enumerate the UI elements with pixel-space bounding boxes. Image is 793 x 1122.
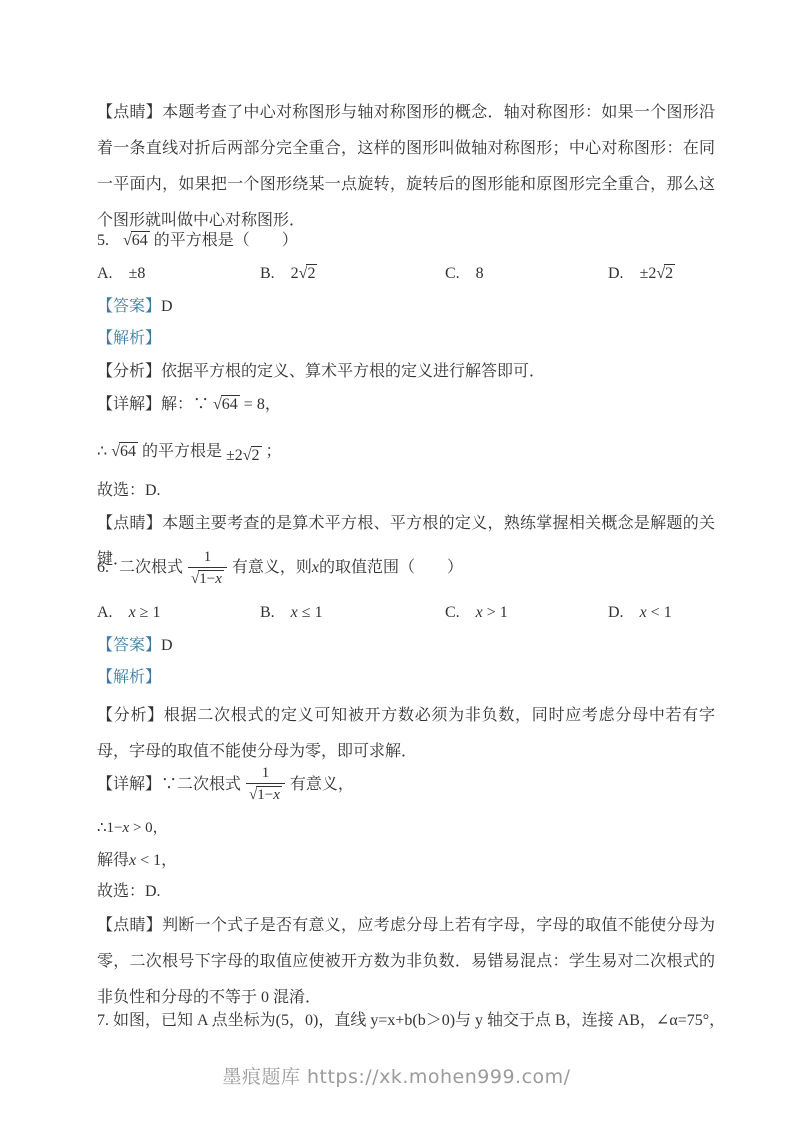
question-6-jiexi-label: 【解析】 <box>97 667 715 689</box>
option-a: A. x ≥ 1 <box>97 602 260 624</box>
radicand: 2 <box>251 446 262 464</box>
note-symmetry-concepts: 【点睛】本题考查了中心对称图形与轴对称图形的概念．轴对称图形：如果一个图形沿着一… <box>97 95 715 239</box>
question-5-choose: 故选：D. <box>97 480 715 502</box>
question-6-number: 6. <box>97 557 109 579</box>
answer-label: 【答案】 <box>97 298 161 315</box>
fraction-expression: 1 √1−x <box>246 764 285 805</box>
detail-equation: = 8， <box>244 396 281 413</box>
option-a-value: ±8 <box>129 265 146 282</box>
radicand: 1−x <box>256 786 282 803</box>
option-d-value: x < 1 <box>640 604 672 621</box>
fraction-denominator: √1−x <box>188 567 227 589</box>
radical-sign: √ <box>111 443 119 460</box>
option-b-label: B. <box>260 604 275 621</box>
radicand: 64 <box>221 395 240 413</box>
result-value: ±2√2 <box>226 446 262 464</box>
answer-value: D <box>161 298 173 315</box>
question-6-choose: 故选：D. <box>97 881 715 903</box>
option-a-label: A. <box>97 265 113 282</box>
option-d-label: D. <box>608 265 624 282</box>
option-b: B. 2√2 <box>260 263 445 285</box>
question-5-jiexi-label: 【解析】 <box>97 328 715 350</box>
option-c-value: x > 1 <box>476 604 508 621</box>
option-c-label: C. <box>445 265 460 282</box>
site-watermark-footer: 墨痕题库 https://xk.mohen999.com/ <box>0 1062 793 1089</box>
variable-x: x <box>312 557 319 579</box>
question-6-stem: 6. 二次根式 1 √1−x 有意义，则 x 的取值范围（ ） <box>97 540 715 596</box>
option-d-value: ±2√2 <box>640 264 676 282</box>
option-b: B. x ≤ 1 <box>260 602 445 624</box>
question-5-fenxi: 【分析】依据平方根的定义、算术平方根的定义进行解答即可． <box>97 361 715 383</box>
fraction-numerator: 1 <box>198 548 218 567</box>
question-6-answer-line: 【答案】D <box>97 635 715 657</box>
question-5-conclusion: ∴ √64 的平方根是 ±2√2 ； <box>97 441 715 467</box>
option-a-label: A. <box>97 604 113 621</box>
radicand: 64 <box>119 442 138 460</box>
question-6-stem-after: 的取值范围（ ） <box>319 557 463 579</box>
answer-label: 【答案】 <box>97 637 161 654</box>
option-c-label: C. <box>445 604 460 621</box>
detail-prefix: 【详解】∵二次根式 <box>97 774 241 796</box>
option-a: A. ±8 <box>97 263 260 285</box>
detail-suffix: 有意义， <box>290 774 354 796</box>
radical-sign: √ <box>123 232 131 249</box>
answer-value: D <box>161 637 173 654</box>
therefore-symbol: ∴ <box>97 443 107 460</box>
option-d: D. ±2√2 <box>608 263 715 285</box>
option-d-label: D. <box>608 604 624 621</box>
exam-answer-page: 【点睛】本题考查了中心对称图形与轴对称图形的概念．轴对称图形：如果一个图形沿着一… <box>0 0 793 1122</box>
sqrt-64-expression: √64 <box>123 231 150 249</box>
option-b-value: x ≤ 1 <box>291 604 323 621</box>
option-a-value: x ≥ 1 <box>129 604 161 621</box>
question-5-stem: 5. √64 的平方根是（ ） <box>97 230 715 252</box>
radicand: 2 <box>306 264 317 282</box>
radicand: 2 <box>664 264 675 282</box>
detail-prefix: 【详解】解：∵ <box>97 396 209 413</box>
radical-sign: √ <box>243 447 251 464</box>
radicand: 64 <box>131 231 150 249</box>
radical-sign: √ <box>213 396 221 413</box>
question-5-options: A. ±8 B. 2√2 C. 8 D. ±2√2 <box>97 263 715 285</box>
fraction-denominator: √1−x <box>246 783 285 805</box>
question-6-options: A. x ≥ 1 B. x ≤ 1 C. x > 1 D. x < 1 <box>97 602 715 624</box>
sqrt-64-expression: √64 <box>213 395 240 413</box>
fraction-expression: 1 √1−x <box>188 548 227 589</box>
option-c: C. x > 1 <box>445 602 608 624</box>
conclusion-text: 的平方根是 <box>142 443 222 460</box>
option-c: C. 8 <box>445 263 608 285</box>
option-b-value: 2√2 <box>291 264 318 282</box>
sqrt-64-expression: √64 <box>111 442 138 460</box>
option-c-value: 8 <box>476 265 484 282</box>
question-7-stem: 7. 如图，已知 A 点坐标为(5，0)，直线 y=x+b(b＞0)与 y 轴交… <box>97 1010 715 1032</box>
question-5-detail: 【详解】解：∵ √64 = 8， <box>97 394 715 416</box>
question-6-dianjing: 【点睛】判断一个式子是否有意义，应考虑分母上若有字母，字母的取值不能使分母为零，… <box>97 908 715 1016</box>
radical-sign: √ <box>656 265 664 282</box>
question-6-stem-mid: 有意义，则 <box>232 557 312 579</box>
question-5-answer-line: 【答案】D <box>97 296 715 318</box>
option-d: D. x < 1 <box>608 602 715 624</box>
question-6-detail: 【详解】∵二次根式 1 √1−x 有意义， <box>97 757 715 812</box>
question-6-conclusion-2: 解得x < 1， <box>97 850 715 872</box>
option-b-label: B. <box>260 265 275 282</box>
conclusion-punct: ； <box>266 443 282 460</box>
question-5-stem-text: 的平方根是（ ） <box>154 232 298 249</box>
question-6-conclusion-1: ∴1−x > 0， <box>97 818 715 838</box>
question-5-number: 5. <box>97 232 109 249</box>
fraction-numerator: 1 <box>256 764 276 783</box>
question-6-stem-pre: 二次根式 <box>119 557 183 579</box>
radicand: 1−x <box>198 570 224 587</box>
